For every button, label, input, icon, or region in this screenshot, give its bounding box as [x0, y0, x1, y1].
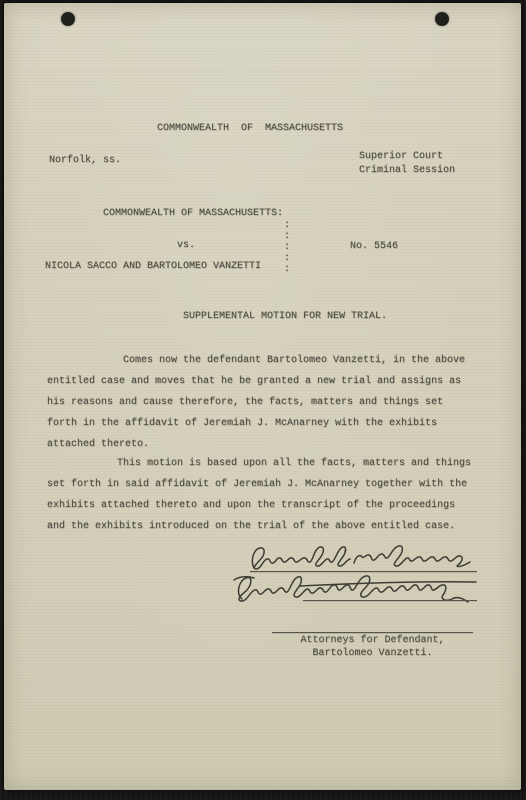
- court-name: Superior Court: [359, 150, 443, 164]
- paragraph-2-line: exhibits attached thereto and upon the t…: [47, 495, 487, 516]
- caption-colon-column: : : : : :: [284, 220, 290, 275]
- paragraph-1-line: entitled case and moves that he be grant…: [47, 371, 487, 392]
- paragraph-1-line: Comes now the defendant Bartolomeo Vanze…: [47, 350, 487, 371]
- court-session: Criminal Session: [359, 164, 455, 178]
- attorney-block-title: Attorneys for Defendant,: [272, 634, 473, 647]
- caption-defendants: NICOLA SACCO AND BARTOLOMEO VANZETTI: [45, 261, 261, 273]
- punch-hole-left: [61, 12, 75, 26]
- paper-crease-top: [4, 70, 521, 72]
- attorney-block-line: [272, 632, 473, 633]
- paragraph-1-line: attached thereto.: [47, 434, 487, 455]
- motion-title: SUPPLEMENTAL MOTION FOR NEW TRIAL.: [183, 311, 387, 323]
- signature-2-line: [303, 600, 477, 601]
- paragraph-1-line: forth in the affidavit of Jeremiah J. Mc…: [47, 413, 487, 434]
- paragraph-2-line: and the exhibits introduced on the trial…: [47, 516, 487, 537]
- commonwealth-heading: COMMONWEALTH OF MASSACHUSETTS: [157, 123, 343, 135]
- punch-hole-right: [435, 12, 449, 26]
- signature-thos-f-mcanarney-handwriting: [230, 571, 482, 607]
- signature-jeremiah-j-mcanarney-handwriting: [246, 543, 478, 573]
- paragraph-1-line: his reasons and cause therefore, the fac…: [47, 392, 487, 413]
- paragraph-2: This motion is based upon all the facts,…: [47, 453, 487, 537]
- scanned-legal-document: { "document": { "header": { "commonwealt…: [0, 0, 526, 800]
- attorney-block-name: Bartolomeo Vanzetti.: [272, 647, 473, 660]
- caption-plaintiff: COMMONWEALTH OF MASSACHUSETTS:: [103, 208, 283, 220]
- case-number: No. 5546: [350, 241, 398, 253]
- paragraph-2-line: set forth in said affidavit of Jeremiah …: [47, 474, 487, 495]
- caption-versus: vs.: [177, 240, 195, 252]
- paragraph-2-line: This motion is based upon all the facts,…: [47, 453, 487, 474]
- county-line: Norfolk, ss.: [49, 155, 121, 167]
- paragraph-1: Comes now the defendant Bartolomeo Vanze…: [47, 350, 487, 455]
